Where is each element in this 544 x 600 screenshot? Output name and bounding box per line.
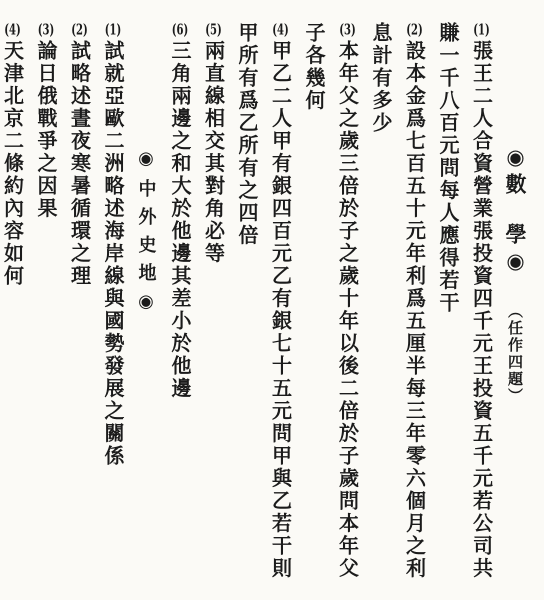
math-problem-5: (5)兩直線相交其對角必等 xyxy=(196,22,230,584)
math-section-subtitle: （任作四題） xyxy=(506,303,524,405)
history-problem-2: (2)試略述晝夜寒暑循環之理 xyxy=(62,22,96,584)
problem-text: 三角兩邊之和大於他邊其差小於他邊 xyxy=(168,40,192,400)
problem-number: (3) xyxy=(37,22,55,37)
math-problem-4: (4)甲乙二人甲有銀四百元乙有銀七十五元問甲與乙若干則甲所有爲乙所有之四倍 xyxy=(230,22,297,584)
exam-page: ◉數 學◉（任作四題） (1)張王二人合資營業張投資四千元王投資五千元若公司共賺… xyxy=(0,0,544,600)
math-problem-6: (6)三角兩邊之和大於他邊其差小於他邊 xyxy=(163,22,197,584)
problem-text: 天津北京二條約內容如何 xyxy=(1,40,25,288)
problem-text: 論日俄戰爭之因果 xyxy=(34,40,58,220)
problem-text: 兩直線相交其對角必等 xyxy=(202,40,226,265)
history-problem-1: (1)試就亞歐二洲略述海岸線與國勢發展之關係 xyxy=(96,22,130,584)
problem-text: 試就亞歐二洲略述海岸線與國勢發展之關係 xyxy=(101,40,125,468)
math-section-title: ◉數 學◉ xyxy=(503,144,528,277)
problem-number: (5) xyxy=(205,22,223,37)
problem-number: (1) xyxy=(473,22,491,37)
problem-text: 張王二人合資營業張投資四千元王投資五千元若公司共賺一千八百元問每人應得若干 xyxy=(436,22,494,580)
math-problem-3: (3)本年父之歲三倍於子之歲十年以後二倍於子歲問本年父子各幾何 xyxy=(297,22,364,584)
history-problem-4: (4)天津北京二條約內容如何 xyxy=(0,22,29,584)
problem-number: (6) xyxy=(171,22,189,37)
problem-text: 試略述晝夜寒暑循環之理 xyxy=(68,40,92,288)
problem-text: 設本金爲七百五十元年利爲五厘半每三年零六個月之利息計有多少 xyxy=(369,22,427,580)
math-section-header: ◉數 學◉（任作四題） xyxy=(498,22,533,584)
history-section-title: ◉中外史地◉ xyxy=(136,148,157,322)
problem-number: (4) xyxy=(272,22,290,37)
problem-number: (2) xyxy=(406,22,424,37)
history-problem-3: (3)論日俄戰爭之因果 xyxy=(29,22,63,584)
problem-number: (3) xyxy=(339,22,357,37)
problem-number: (2) xyxy=(71,22,89,37)
problem-number: (4) xyxy=(4,22,22,37)
problem-number: (1) xyxy=(104,22,122,37)
problem-text: 本年父之歲三倍於子之歲十年以後二倍於子歲問本年父子各幾何 xyxy=(302,22,360,580)
history-section-header: ◉中外史地◉ xyxy=(129,22,163,584)
problem-text: 甲乙二人甲有銀四百元乙有銀七十五元問甲與乙若干則甲所有爲乙所有之四倍 xyxy=(235,22,293,580)
math-problem-1: (1)張王二人合資營業張投資四千元王投資五千元若公司共賺一千八百元問每人應得若干 xyxy=(431,22,498,584)
math-problem-2: (2)設本金爲七百五十元年利爲五厘半每三年零六個月之利息計有多少 xyxy=(364,22,431,584)
